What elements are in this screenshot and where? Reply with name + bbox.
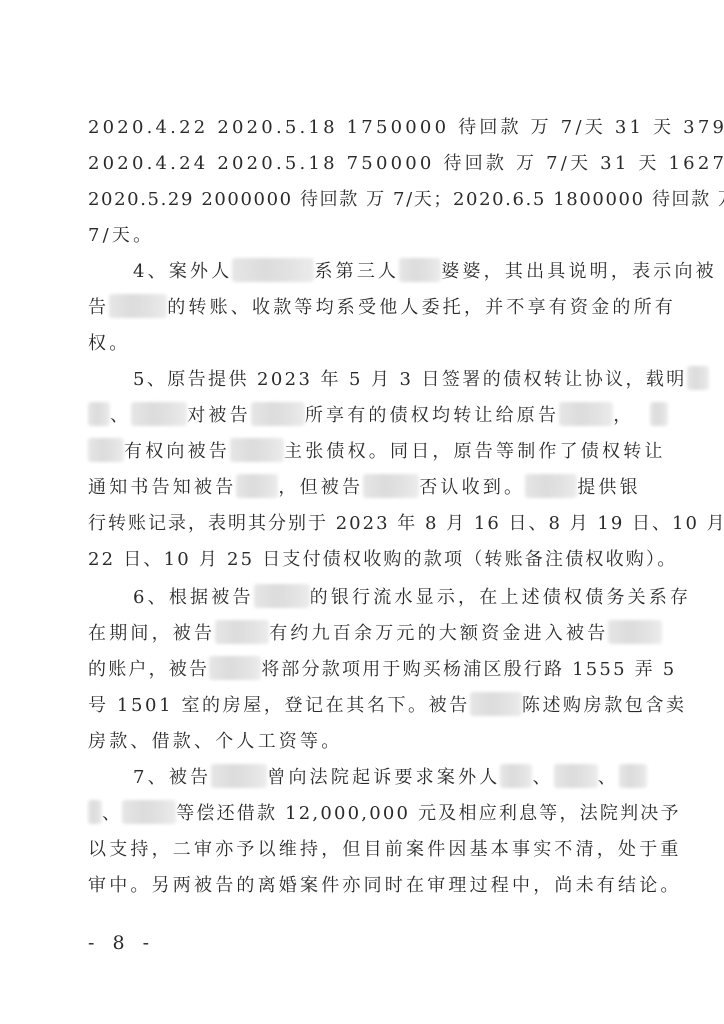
redacted-name <box>559 402 613 426</box>
text-line: 以支持，二审亦予以维持，但目前案件因基本事实不清，处于重 <box>88 832 662 868</box>
redacted-name <box>215 620 269 644</box>
text-segment: 、 <box>532 767 553 788</box>
text-segment: 行转账记录，表明其分别于 2023 年 8 月 16 日、8 月 19 日、10… <box>88 513 724 534</box>
text-line: 行转账记录，表明其分别于 2023 年 8 月 16 日、8 月 19 日、10… <box>88 506 662 542</box>
text-segment: 的账户，被告 <box>88 659 209 680</box>
text-line: 、对被告所享有的债权均转让给原告， <box>88 398 662 434</box>
redacted-name <box>619 764 647 788</box>
text-line: 审中。另两被告的离婚案件亦同时在审理过程中，尚未有结论。 <box>88 868 662 904</box>
redacted-name <box>251 402 305 426</box>
text-segment: 所享有的债权均转让给原告 <box>305 405 559 426</box>
text-segment: 有权向被告 <box>124 441 230 462</box>
redacted-name <box>131 402 187 426</box>
text-segment: 提供银 <box>577 477 641 498</box>
text-line: 房款、借款、个人工资等。 <box>88 724 662 760</box>
redacted-name <box>88 438 124 462</box>
text-segment: 2020.4.24 2020.5.18 750000 待回款 万 7/天 31 … <box>88 153 724 174</box>
redacted-name <box>232 258 314 282</box>
text-segment: 主张债权。同日，原告等制作了债权转让 <box>284 441 666 462</box>
redacted-name <box>500 764 532 788</box>
text-line: 2020.5.29 2000000 待回款 万 7/天；2020.6.5 180… <box>88 182 662 218</box>
text-line: 权。 <box>88 326 662 362</box>
text-segment: 7、被告 <box>133 767 211 788</box>
redacted-name <box>254 584 310 608</box>
redacted-name <box>399 258 441 282</box>
redacted-name <box>88 402 110 426</box>
paragraph-item-5-line: 5、原告提供 2023 年 5 月 3 日签署的债权转让协议，载明 <box>88 362 662 398</box>
redacted-name <box>211 764 267 788</box>
text-line: 2020.4.24 2020.5.18 750000 待回款 万 7/天 31 … <box>88 146 662 182</box>
text-segment: 、 <box>102 803 122 824</box>
redacted-name <box>363 474 419 498</box>
text-segment: 对被告 <box>187 405 251 426</box>
redacted-name <box>230 438 284 462</box>
text-line: 号 1501 室的房屋，登记在其名下。被告陈述购房款包含卖 <box>88 688 662 724</box>
text-segment: 等偿还借款 12,000,000 元及相应利息等，法院判决予 <box>176 803 681 824</box>
text-segment: 2020.5.29 2000000 待回款 万 7/天；2020.6.5 180… <box>88 189 724 210</box>
redacted-name <box>236 474 278 498</box>
text-segment: 房款、借款、个人工资等。 <box>88 731 342 752</box>
text-line: 有权向被告主张债权。同日，原告等制作了债权转让 <box>88 434 662 470</box>
paragraph-item-4-line: 4、案外人系第三人婆婆，其出具说明，表示向被 <box>88 254 662 290</box>
paragraph-item-6-line: 6、根据被告的银行流水显示，在上述债权债务关系存 <box>88 580 662 616</box>
document-page: 2020.4.22 2020.5.18 1750000 待回款 万 7/天 31… <box>0 0 724 1024</box>
text-segment: 通知书告知被告 <box>88 477 236 498</box>
text-segment: ， <box>613 405 634 426</box>
text-segment: 2020.4.22 2020.5.18 1750000 待回款 万 7/天 31… <box>88 117 724 138</box>
text-segment: 婆婆，其出具说明，表示向被 <box>441 261 717 282</box>
text-segment: 将部分款项用于购买杨浦区殷行路 1555 弄 5 <box>261 659 676 680</box>
text-line: 7/天。 <box>88 218 662 254</box>
redacted-name <box>687 366 709 390</box>
text-segment: 、 <box>110 405 131 426</box>
text-segment: 6、根据被告 <box>133 587 254 608</box>
text-segment: 审中。另两被告的离婚案件亦同时在审理过程中，尚未有结论。 <box>88 875 682 896</box>
text-segment: 、 <box>598 767 619 788</box>
text-segment: 告 <box>88 297 109 318</box>
text-line: 22 日、10 月 25 日支付债权收购的款项（转账备注债权收购）。 <box>88 542 662 578</box>
text-line: 2020.4.22 2020.5.18 1750000 待回款 万 7/天 31… <box>88 110 662 146</box>
text-segment: 号 1501 室的房屋，登记在其名下。被告 <box>88 695 470 716</box>
text-segment: 否认收到。 <box>419 477 525 498</box>
text-segment: ，但被告 <box>278 477 363 498</box>
page-number: - 8 - <box>88 932 155 954</box>
text-segment: 4、案外人 <box>133 261 232 282</box>
text-line: 告的转账、收款等均系受他人委托，并不享有资金的所有 <box>88 290 662 326</box>
redacted-name <box>525 474 577 498</box>
text-line: 在期间，被告有约九百余万元的大额资金进入被告 <box>88 616 662 652</box>
text-line: 、等偿还借款 12,000,000 元及相应利息等，法院判决予 <box>88 796 662 832</box>
redacted-name <box>109 294 167 318</box>
text-segment: 5、原告提供 2023 年 5 月 3 日签署的债权转让协议，载明 <box>133 369 687 390</box>
redacted-name <box>209 656 261 680</box>
text-segment: 22 日、10 月 25 日支付债权收购的款项（转账备注债权收购）。 <box>88 549 677 570</box>
text-segment: 以支持，二审亦予以维持，但目前案件因基本事实不清，处于重 <box>88 839 682 860</box>
redacted-name <box>122 800 176 824</box>
text-segment: 7/天。 <box>88 225 154 246</box>
redacted-name <box>470 692 522 716</box>
text-line: 通知书告知被告，但被告否认收到。提供银 <box>88 470 662 506</box>
text-segment: 有约九百余万元的大额资金进入被告 <box>269 623 608 644</box>
text-line: 的账户，被告将部分款项用于购买杨浦区殷行路 1555 弄 5 <box>88 652 662 688</box>
redacted-name <box>650 402 668 426</box>
redacted-name <box>554 764 598 788</box>
text-segment: 的转账、收款等均系受他人委托，并不享有资金的所有 <box>167 297 676 318</box>
text-segment: 在期间，被告 <box>88 623 215 644</box>
text-segment: 曾向法院起诉要求案外人 <box>267 767 500 788</box>
redacted-name <box>608 620 662 644</box>
paragraph-item-7-line: 7、被告曾向法院起诉要求案外人、、 <box>88 760 662 796</box>
text-segment: 权。 <box>88 333 130 354</box>
text-segment: 系第三人 <box>314 261 399 282</box>
redacted-name <box>88 800 102 824</box>
text-segment: 的银行流水显示，在上述债权债务关系存 <box>310 587 692 608</box>
text-segment: 陈述购房款包含卖 <box>522 695 687 716</box>
